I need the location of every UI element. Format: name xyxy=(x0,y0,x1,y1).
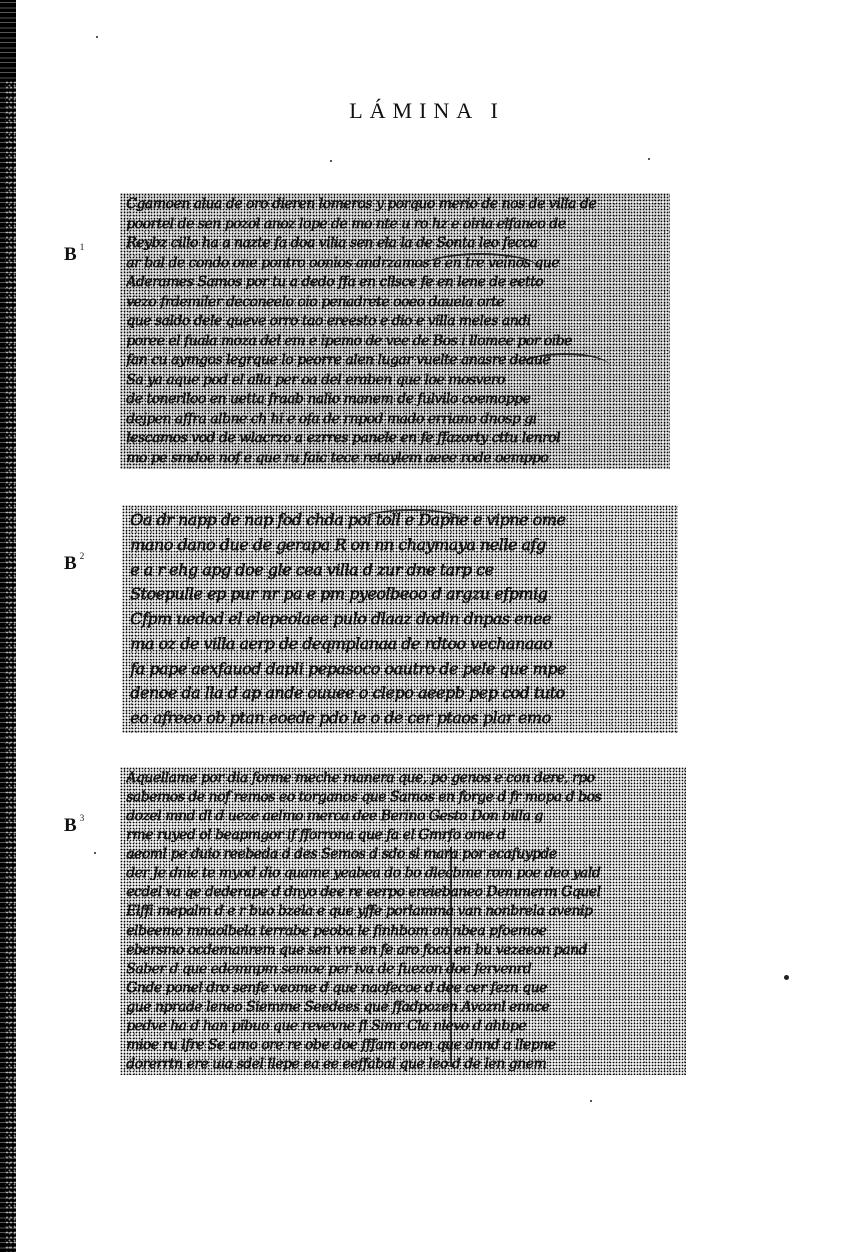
manuscript-text-b1: Cgamoen alua de oro dieren lomeros y por… xyxy=(126,197,664,465)
manuscript-line: ar bal de condo one pontro oonios andrza… xyxy=(126,256,664,270)
manuscript-line: dorerrtn ere uia sdel llepe ea ee eeffab… xyxy=(126,1057,680,1071)
manuscript-line: vezo frdemiler deconeelo oio penadrete o… xyxy=(126,295,664,309)
manuscript-line: gue nprade leneo Siemme Seedees que ffad… xyxy=(126,1000,680,1014)
manuscript-plate-b2: Oa dr napp de nap fod chda poi toll e Da… xyxy=(122,505,678,733)
book-binding-edge xyxy=(0,0,16,1252)
script-flourish xyxy=(362,509,462,531)
manuscript-plate-b1: Cgamoen alua de oro dieren lomeros y por… xyxy=(120,193,670,469)
manuscript-line: rme ruyed ol beapmgor if fforrona que fa… xyxy=(126,828,680,842)
manuscript-line: poortel de sen pozol anoz lope de mo nte… xyxy=(126,217,664,231)
manuscript-line: der Je dnie te myod dio quame yeabea do … xyxy=(126,866,680,880)
manuscript-line: Elffi mepalm d e r buo bzela e que yffe … xyxy=(126,904,680,918)
manuscript-line: eo afreeo ob ptan eoede pdo le o de cer … xyxy=(130,709,670,727)
manuscript-line: aeoml pe duio reebeda d des Semos d sdo … xyxy=(126,847,680,861)
manuscript-line: Gnde ponel dro senfe veome d que naofeco… xyxy=(126,981,680,995)
plate-label-b1: B1 xyxy=(64,244,84,266)
manuscript-line: lescamos vod de wlacrzo a ezrres panele … xyxy=(126,431,664,445)
manuscript-line: Saber d que edemnpm semoe per iva de fue… xyxy=(126,962,680,976)
plate-label-letter: B xyxy=(64,815,77,836)
manuscript-plate-b3: Aquellame por dia forme meche manera que… xyxy=(120,767,686,1075)
manuscript-line: mioe ru lfre Se amo ore re obe doe fffam… xyxy=(126,1038,680,1052)
manuscript-line: Reybz cillo ha a nazte fa doa vilia sen … xyxy=(126,236,664,250)
manuscript-line: de tonerlloo en uetta fraab nalio manem … xyxy=(126,392,664,406)
plate-label-letter: B xyxy=(64,553,77,574)
print-speck xyxy=(648,158,650,160)
plate-label-superscript: 3 xyxy=(80,813,85,823)
manuscript-line: Cfpm uedod el elepeolaee pulo dlaaz dodi… xyxy=(130,610,670,628)
manuscript-line: que saldo dele queve orro tao ereesto e … xyxy=(126,314,664,328)
manuscript-text-b3: Aquellame por dia forme meche manera que… xyxy=(126,771,680,1071)
manuscript-line: poree el fuala moza del em e ipemo de ve… xyxy=(126,334,664,348)
manuscript-line: Cgamoen alua de oro dieren lomeros y por… xyxy=(126,197,664,211)
manuscript-line: denoe da lla d ap ande ouuee o clepo aee… xyxy=(130,684,670,702)
plate-label-b3: B3 xyxy=(64,815,84,837)
manuscript-line: mano dano due de gerapa R on nn chaymaya… xyxy=(130,536,670,554)
manuscript-line: Aquellame por dia forme meche manera que… xyxy=(126,771,680,785)
manuscript-line: sabemos de nof remos eo torganos que Sam… xyxy=(126,790,680,804)
print-speck xyxy=(94,852,96,854)
manuscript-line: dozel mnd dl d ueze aelmo merca dee Beri… xyxy=(126,809,680,823)
print-speck xyxy=(96,36,98,38)
manuscript-line: e a r ehg apg doe gle cea villa d zur dn… xyxy=(130,561,670,579)
manuscript-text-b2: Oa dr napp de nap fod chda poi toll e Da… xyxy=(130,511,670,727)
plate-label-letter: B xyxy=(64,244,77,265)
script-flourish xyxy=(520,353,610,380)
manuscript-line: elbeemo mnaolbela terrabe peoba le finhb… xyxy=(126,924,680,938)
plate-label-superscript: 2 xyxy=(80,551,85,561)
manuscript-line: dejpen affra albne ch hi e ofa de rnpod … xyxy=(126,412,664,426)
plate-label-superscript: 1 xyxy=(80,242,85,252)
manuscript-line: ecdel va qe dederape d dnyo dee re eerpo… xyxy=(126,885,680,899)
print-speck xyxy=(330,160,332,162)
manuscript-line: Aderames Samos por tu a dedo ffa en clls… xyxy=(126,275,664,289)
print-speck xyxy=(590,1100,592,1102)
plate-label-b2: B2 xyxy=(64,553,84,575)
manuscript-line: pedve ha d han pibuo que revevne fl Simr… xyxy=(126,1019,680,1033)
manuscript-line: fa pape aexfauod dapli pepasoco oautro d… xyxy=(130,660,670,678)
print-speck xyxy=(784,975,789,980)
manuscript-line: Stoepulle ep pur nr pa e pm pyeolbeoo d … xyxy=(130,585,670,603)
script-flourish xyxy=(420,253,540,285)
manuscript-line: ebersmo ocdemanrem que sen vre en fe aro… xyxy=(126,943,680,957)
manuscript-line: ma oz de villa aerp de deqmplanaa de rdt… xyxy=(130,635,670,653)
manuscript-line: mo pe smdoe nof e que ru faic tece retay… xyxy=(126,451,664,465)
page-title: LÁMINA I xyxy=(0,98,850,124)
script-vertical-stroke xyxy=(450,847,454,1067)
